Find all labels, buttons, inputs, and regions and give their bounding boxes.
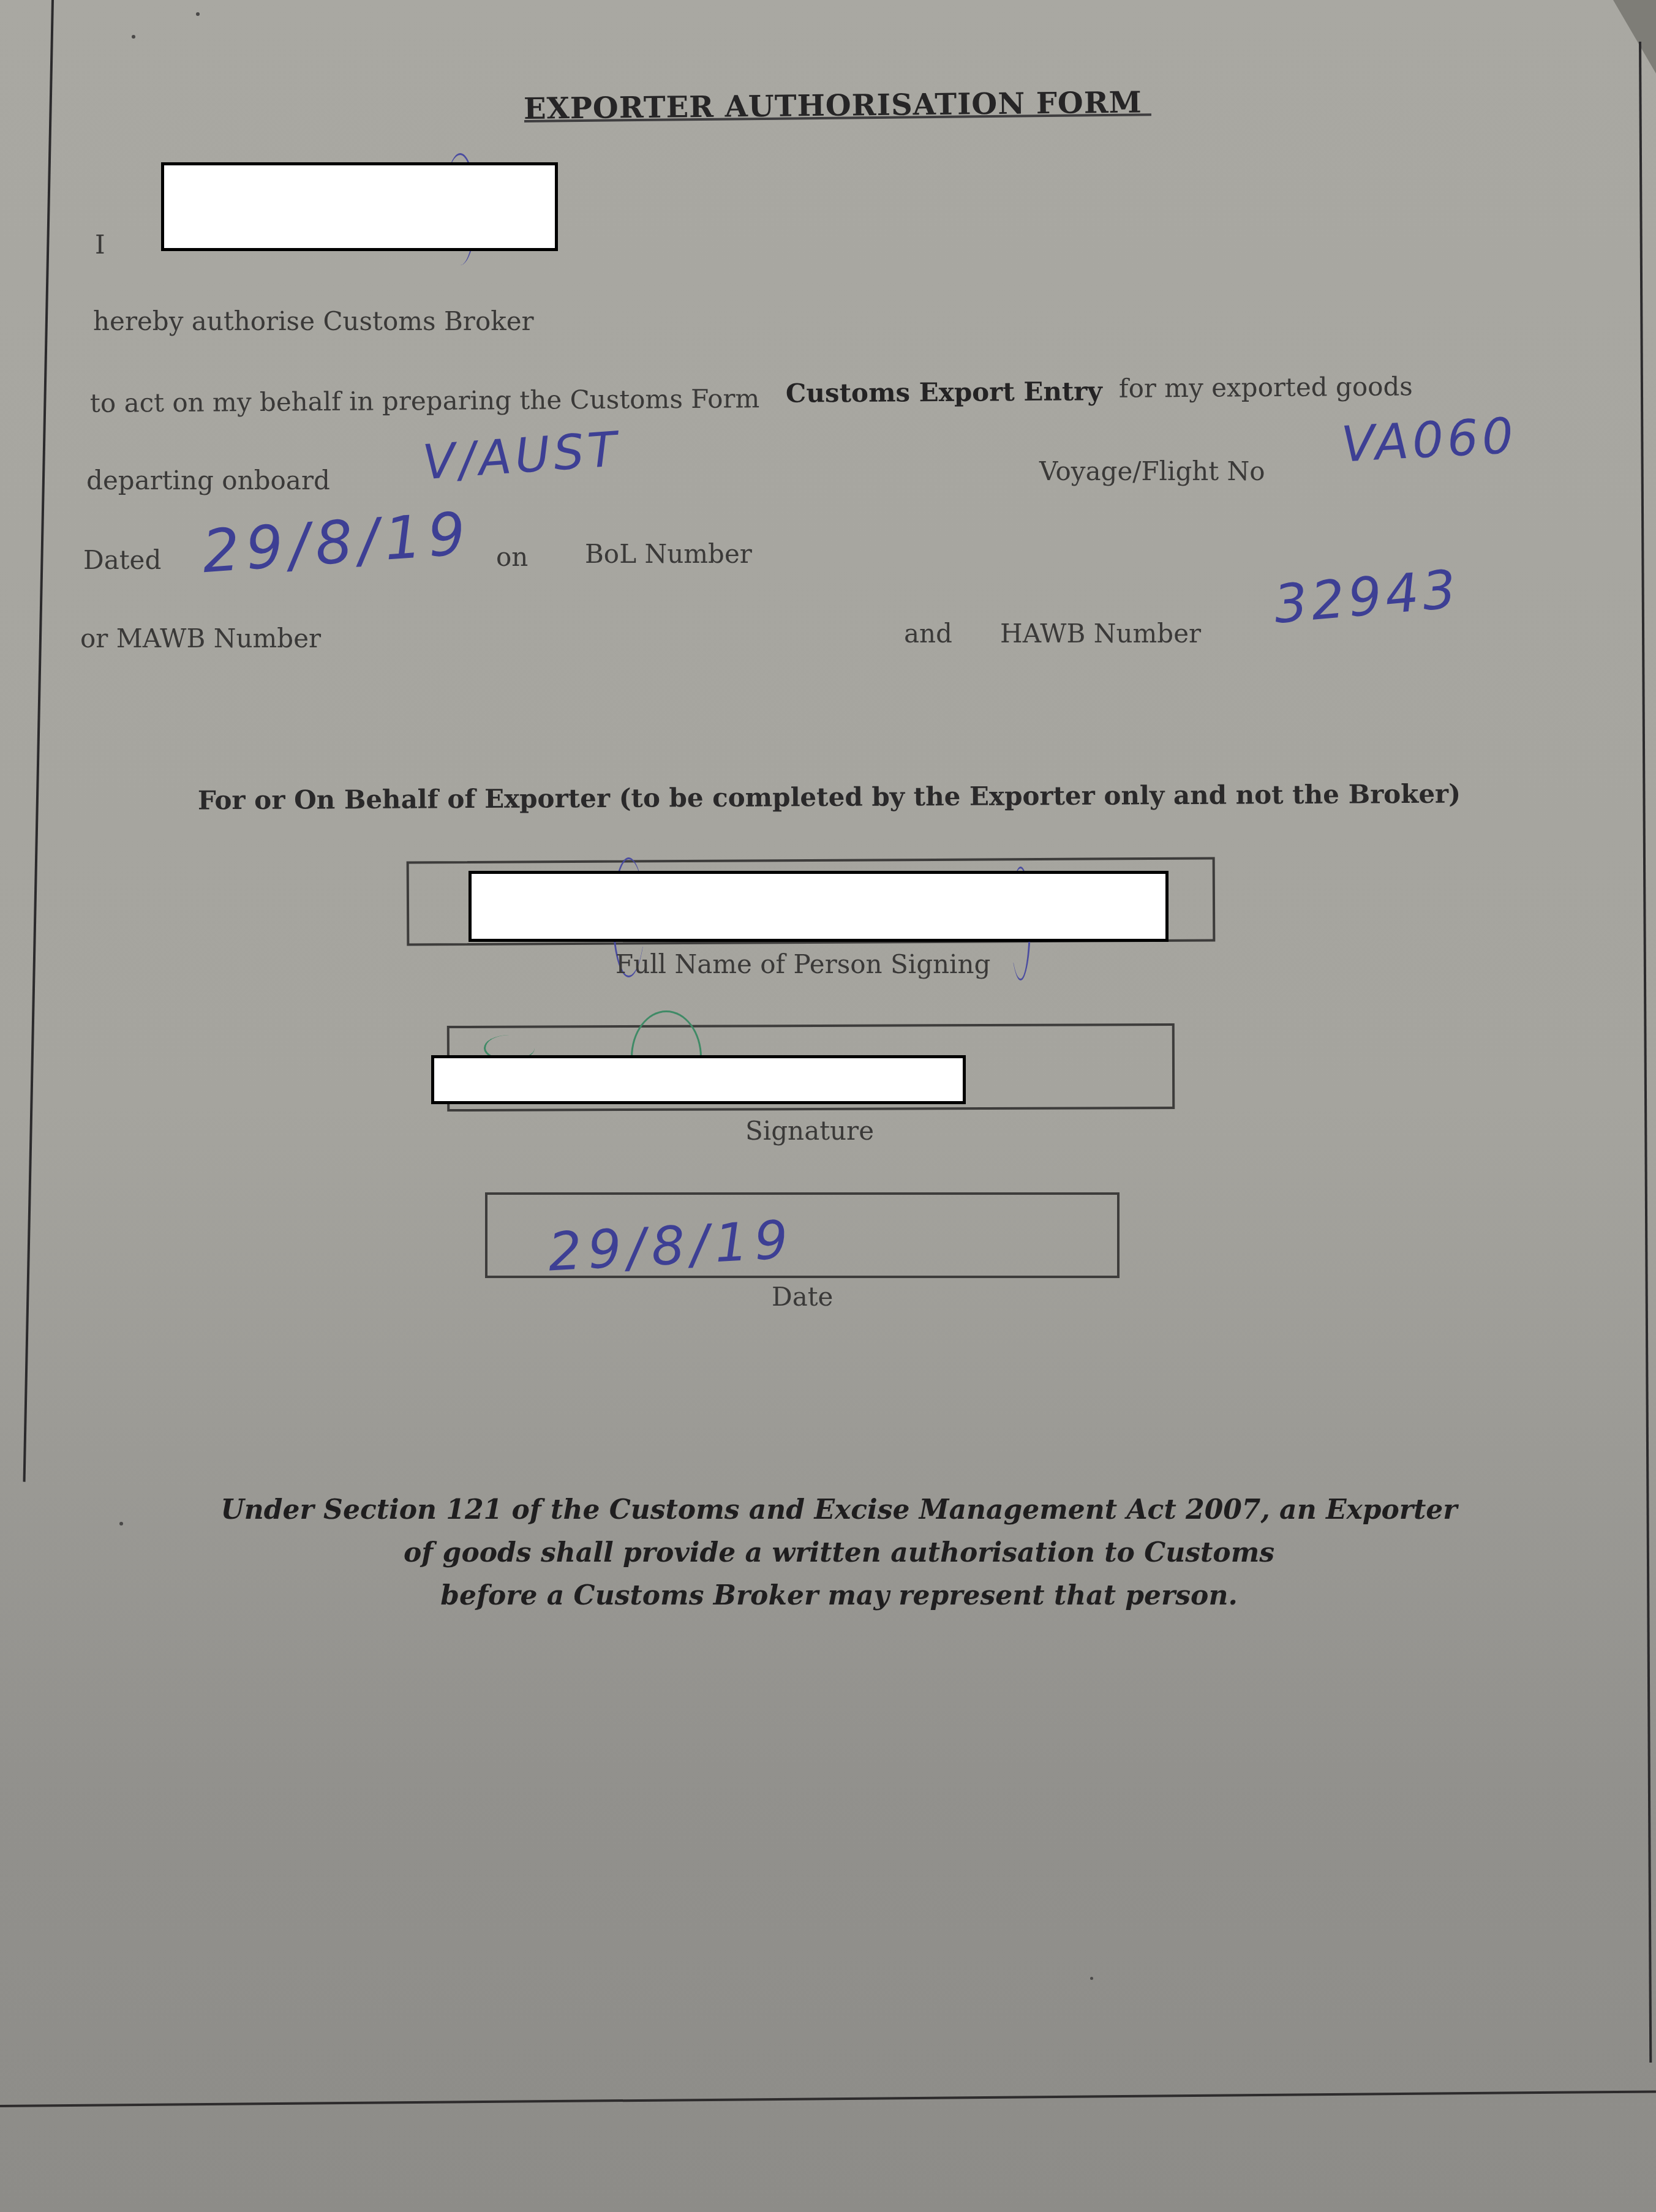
legal-note-line-1: Under Section 121 of the Customs and Exc… bbox=[184, 1494, 1494, 1525]
paper-speck bbox=[1090, 1977, 1093, 1980]
page-edge-right bbox=[1639, 42, 1652, 2063]
full-name-label: Full Name of Person Signing bbox=[615, 949, 990, 979]
authorise-text: hereby authorise Customs Broker bbox=[93, 306, 534, 336]
dated-value[interactable]: 29/8/19 bbox=[200, 499, 474, 586]
legal-note-line-3: before a Customs Broker may represent th… bbox=[184, 1580, 1494, 1611]
voyage-flight-label: Voyage/Flight No bbox=[1039, 456, 1265, 486]
hawb-value[interactable]: 32943 bbox=[1271, 559, 1462, 636]
paper-speck bbox=[196, 12, 200, 16]
departing-onboard-value[interactable]: V/AUST bbox=[421, 422, 622, 491]
full-name-redaction bbox=[469, 871, 1169, 942]
signature-redaction bbox=[431, 1055, 966, 1104]
exporter-section-heading: For or On Behalf of Exporter (to be comp… bbox=[198, 779, 1461, 816]
act-line-suffix: for my exported goods bbox=[1119, 371, 1413, 403]
date-value[interactable]: 29/8/19 bbox=[547, 1209, 796, 1284]
on-label: on bbox=[496, 542, 528, 572]
dated-label: Dated bbox=[83, 545, 161, 575]
page-edge-left bbox=[23, 0, 54, 1482]
act-line-prefix: to act on my behalf in preparing the Cus… bbox=[90, 383, 760, 418]
mawb-label: or MAWB Number bbox=[80, 623, 321, 653]
customs-form-name: Customs Export Entry bbox=[786, 376, 1102, 408]
page-edge-bottom bbox=[0, 2090, 1656, 2107]
paper-speck bbox=[132, 35, 135, 39]
legal-note-line-2: of goods shall provide a written authori… bbox=[184, 1537, 1494, 1568]
paper-speck bbox=[119, 1522, 123, 1525]
voyage-flight-value[interactable]: VA060 bbox=[1340, 407, 1518, 473]
hawb-label: HAWB Number bbox=[1000, 619, 1201, 649]
signature-label: Signature bbox=[745, 1116, 874, 1146]
bol-label: BoL Number bbox=[585, 539, 752, 569]
i-label: I bbox=[95, 230, 105, 260]
date-label: Date bbox=[772, 1282, 833, 1312]
departing-onboard-label: departing onboard bbox=[86, 465, 330, 495]
exporter-name-redaction bbox=[161, 162, 558, 251]
form-page: EXPORTER AUTHORISATION FORM I hereby aut… bbox=[0, 0, 1656, 2212]
and-label: and bbox=[904, 619, 952, 649]
page-corner-shadow bbox=[1613, 0, 1656, 73]
